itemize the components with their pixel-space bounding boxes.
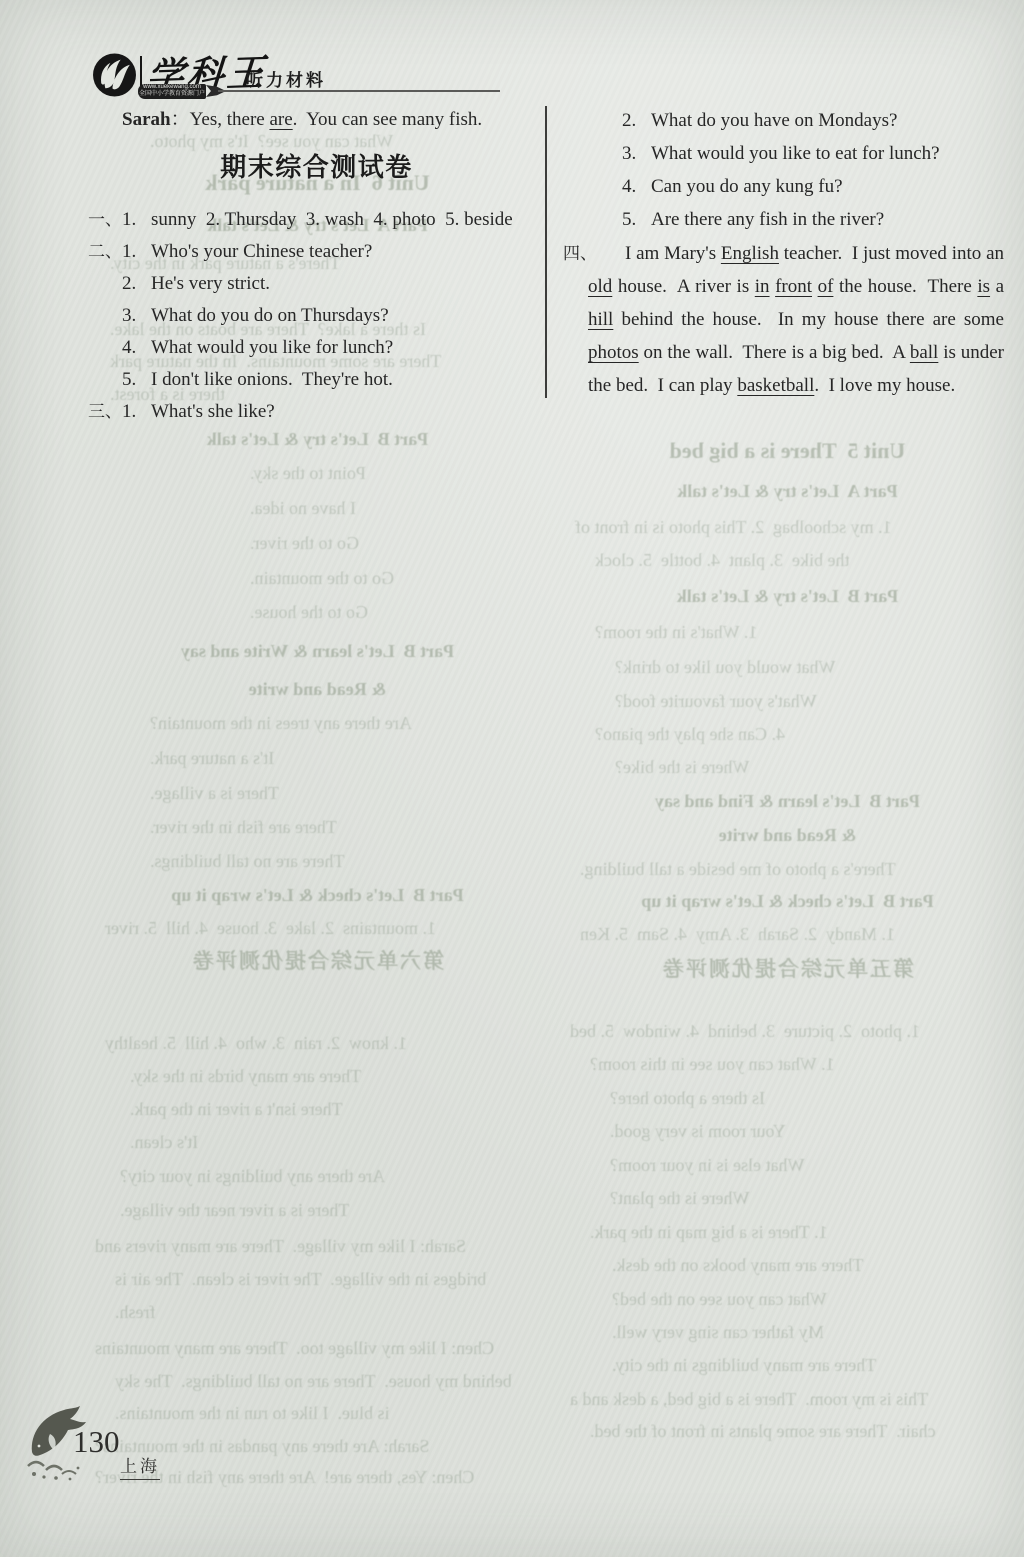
section-label: 二、 [88,236,122,268]
underlined-word: photos [588,342,639,363]
line-text: Can you do any kung fu? [651,176,843,197]
section-label: 一、 [88,204,122,236]
underlined-word: is [977,276,990,297]
underlined-word: are [269,109,292,130]
passage-text: . I love my house. [814,375,955,396]
underlined-word: ball [910,342,939,363]
answer-line: 5.I don't like onions. They're hot. [88,364,558,396]
xuekewang-logo-icon [92,52,137,103]
passage-text: on the wall. There is a big bed. A [639,342,910,363]
answer-line: 3.What would you like to eat for lunch? [563,137,1013,170]
left-column: 一、1.sunny 2. Thursday 3. wash 4. photo 5… [88,204,558,428]
answer-line: 一、1.sunny 2. Thursday 3. wash 4. photo 5… [88,204,558,236]
line-number: 2. [122,268,151,300]
dialogue-line: Sarah：Yes, there are. You can see many f… [122,104,482,131]
column-divider [545,106,547,398]
line-number: 4. [122,332,151,364]
answer-line: 4.What would you like for lunch? [88,332,558,364]
line-number: 5. [622,203,651,236]
line-text: sunny 2. Thursday 3. wash 4. photo 5. be… [151,209,513,230]
speaker-colon: ： [171,109,190,130]
answer-line: 三、1.What's she like? [88,396,558,428]
page-number: 130 [73,1424,120,1460]
line-text: Are there any fish in the river? [651,209,884,230]
speaker-name: Sarah [122,109,171,130]
underlined-word: English [721,243,779,264]
answer-line: 二、1.Who's your Chinese teacher? [88,236,558,268]
right-column: 2.What do you have on Mondays?3.What wou… [563,104,1013,236]
answer-line: 4.Can you do any kung fu? [563,170,1013,203]
line-text: What's she like? [151,401,275,422]
passage-text: the house. There [833,276,977,297]
region-label: 上海 [120,1452,160,1480]
line-number: 2. [622,104,651,137]
passage-text: behind the house. In my house there are … [613,309,1008,330]
header-rule [218,90,500,92]
brand-url: www.xuekewang.com [138,84,206,91]
line-text: Who's your Chinese teacher? [151,241,372,262]
line-number: 3. [622,137,651,170]
underlined-word: of [818,276,834,297]
line-text: What do you have on Mondays? [651,110,897,131]
passage-text: house. A river is [612,276,754,297]
line-number: 4. [622,170,651,203]
brand-subtitle: 听力材料 [246,66,326,91]
scanned-workbook-page: What can you see? It's my photo.Unit 6 I… [0,0,1024,1557]
answer-line: 2.What do you have on Mondays? [563,104,1013,137]
brand-badge: www.xuekewang.com 全国中小学教育资源门户 [138,84,206,99]
listening-passage: I am Mary's English teacher. I just move… [588,237,1004,402]
dialogue-text: . You can see many fish. [293,109,482,130]
brand-tagline: 全国中小学教育资源门户 [138,91,206,98]
line-number: 1. [122,236,151,268]
line-number: 1. [122,204,151,236]
dialogue-text: Yes, there [190,109,270,130]
section-label: 四、 [563,237,597,270]
line-text: What would you like for lunch? [151,337,393,358]
line-text: What would you like to eat for lunch? [651,143,940,164]
line-text: What do you do on Thursdays? [151,305,389,326]
answer-line: 5.Are there any fish in the river? [563,203,1013,236]
section-label: 三、 [88,396,122,428]
underlined-word: old [588,276,612,297]
page-title: 期末综合测试卷 [88,147,545,184]
answer-line: 3.What do you do on Thursdays? [88,300,558,332]
underlined-word: hill [588,309,613,330]
underlined-word: front [775,276,812,297]
underlined-word: basketball [737,375,814,396]
line-number: 1. [122,396,151,428]
line-number: 5. [122,364,151,396]
passage-text: I am Mary's [625,243,721,264]
line-text: I don't like onions. They're hot. [151,369,393,390]
page-content: 学科王 听力材料 www.xuekewang.com 全国中小学教育资源门户 S… [0,0,1024,1557]
section-four: 四、 I am Mary's English teacher. I just m… [563,237,1010,402]
passage-text: teacher. I just moved into an [779,243,1009,264]
line-number: 3. [122,300,151,332]
line-text: He's very strict. [151,273,270,294]
answer-line: 2.He's very strict. [88,268,558,300]
passage-text: a [990,276,1009,297]
underlined-word: in [755,276,770,297]
